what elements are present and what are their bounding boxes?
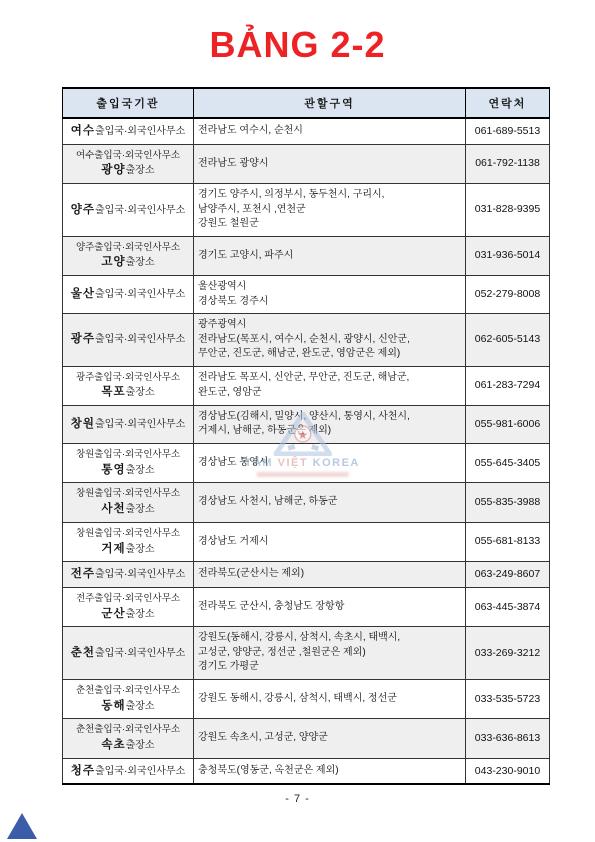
table-row: 양주출입국·외국인사무소고양출장소경기도 고양시, 파주시031-936-501…	[63, 236, 550, 275]
jurisdiction-cell: 충청북도(영동군, 옥천군은 제외)	[194, 758, 466, 784]
phone-cell: 055-835-3988	[466, 483, 550, 522]
phone-cell: 052-279-8008	[466, 276, 550, 314]
header-jurisdiction-column: 관할구역	[194, 88, 466, 118]
office-name-line1: 청주출입국·외국인사무소	[67, 763, 189, 780]
office-name-line1: 양주출입국·외국인사무소	[67, 202, 189, 219]
phone-cell: 033-535-5723	[466, 679, 550, 718]
office-name-cell: 창원출입국·외국인사무소사천출장소	[63, 483, 194, 522]
jurisdiction-cell: 강원도(동해시, 강릉시, 삼척시, 속초시, 태백시,고성군, 양양군, 정선…	[194, 627, 466, 680]
page-number: - 7 -	[0, 793, 595, 805]
jurisdiction-cell: 전라남도 목포시, 신안군, 무안군, 진도군, 해남군,완도군, 영암군	[194, 366, 466, 405]
office-name-line1: 광주출입국·외국인사무소	[67, 371, 189, 385]
phone-cell: 055-981-6006	[466, 405, 550, 443]
office-name-line2: 사천출장소	[67, 501, 189, 518]
phone-cell: 055-681-8133	[466, 522, 550, 561]
table-row: 창원출입국·외국인사무소거제출장소경상남도 거제시055-681-8133	[63, 522, 550, 561]
table-row: 창원출입국·외국인사무소경상남도(김해시, 밀양시, 양산시, 통영시, 사천시…	[63, 405, 550, 443]
office-name-line2: 목포출장소	[67, 384, 189, 401]
table-row: 청주출입국·외국인사무소충청북도(영동군, 옥천군은 제외)043-230-90…	[63, 758, 550, 784]
office-name-cell: 춘천출입국·외국인사무소	[63, 627, 194, 680]
jurisdiction-cell: 광주광역시전라남도(목포시, 여수시, 순천시, 광양시, 신안군,무안군, 진…	[194, 314, 466, 367]
corner-triangle-decoration	[7, 813, 37, 839]
phone-cell: 063-445-3874	[466, 587, 550, 626]
table-row: 창원출입국·외국인사무소사천출장소경상남도 사천시, 남해군, 하동군055-8…	[63, 483, 550, 522]
phone-cell: 033-636-8613	[466, 719, 550, 758]
office-name-cell: 전주출입국·외국인사무소	[63, 562, 194, 588]
phone-cell: 031-828-9395	[466, 184, 550, 237]
table-row: 광주출입국·외국인사무소광주광역시전라남도(목포시, 여수시, 순천시, 광양시…	[63, 314, 550, 367]
phone-cell: 063-249-8607	[466, 562, 550, 588]
office-name-cell: 창원출입국·외국인사무소거제출장소	[63, 522, 194, 561]
office-name-line1: 창원출입국·외국인사무소	[67, 416, 189, 433]
phone-cell: 061-689-5513	[466, 118, 550, 144]
office-name-line1: 여수출입국·외국인사무소	[67, 123, 189, 140]
office-name-cell: 춘천출입국·외국인사무소속초출장소	[63, 719, 194, 758]
table-row: 여수출입국·외국인사무소광양출장소전라남도 광양시061-792-1138	[63, 144, 550, 183]
jurisdiction-cell: 강원도 속초시, 고성군, 양양군	[194, 719, 466, 758]
office-name-line2: 통영출장소	[67, 462, 189, 479]
phone-cell: 033-269-3212	[466, 627, 550, 680]
office-name-line1: 창원출입국·외국인사무소	[67, 487, 189, 501]
office-name-cell: 창원출입국·외국인사무소통영출장소	[63, 443, 194, 482]
header-office-column: 출입국기관	[63, 88, 194, 118]
phone-cell: 055-645-3405	[466, 443, 550, 482]
jurisdiction-cell: 경기도 고양시, 파주시	[194, 236, 466, 275]
office-name-cell: 울산출입국·외국인사무소	[63, 276, 194, 314]
office-name-line1: 양주출입국·외국인사무소	[67, 241, 189, 255]
office-name-cell: 광주출입국·외국인사무소목포출장소	[63, 366, 194, 405]
office-name-line2: 동해출장소	[67, 698, 189, 715]
office-name-line2: 속초출장소	[67, 737, 189, 754]
jurisdiction-cell: 전라북도(군산시는 제외)	[194, 562, 466, 588]
table-row: 광주출입국·외국인사무소목포출장소전라남도 목포시, 신안군, 무안군, 진도군…	[63, 366, 550, 405]
jurisdiction-cell: 울산광역시경상북도 경주시	[194, 276, 466, 314]
office-name-line1: 춘천출입국·외국인사무소	[67, 645, 189, 662]
office-name-line1: 춘천출입국·외국인사무소	[67, 723, 189, 737]
office-name-line2: 고양출장소	[67, 254, 189, 271]
table-row: 양주출입국·외국인사무소경기도 양주시, 의정부시, 동두천시, 구리시,남양주…	[63, 184, 550, 237]
table-row: 울산출입국·외국인사무소울산광역시경상북도 경주시052-279-8008	[63, 276, 550, 314]
immigration-office-table: 출입국기관 관할구역 연락처 여수출입국·외국인사무소전라남도 여수시, 순천시…	[62, 87, 550, 785]
office-name-cell: 춘천출입국·외국인사무소동해출장소	[63, 679, 194, 718]
office-name-cell: 전주출입국·외국인사무소군산출장소	[63, 587, 194, 626]
jurisdiction-cell: 전라남도 여수시, 순천시	[194, 118, 466, 144]
office-name-line1: 울산출입국·외국인사무소	[67, 286, 189, 303]
office-name-cell: 양주출입국·외국인사무소고양출장소	[63, 236, 194, 275]
phone-cell: 061-792-1138	[466, 144, 550, 183]
office-name-line2: 군산출장소	[67, 606, 189, 623]
jurisdiction-cell: 강원도 동해시, 강릉시, 삼척시, 태백시, 정선군	[194, 679, 466, 718]
office-name-line1: 전주출입국·외국인사무소	[67, 592, 189, 606]
table-header-row: 출입국기관 관할구역 연락처	[63, 88, 550, 118]
office-table-body: 여수출입국·외국인사무소전라남도 여수시, 순천시061-689-5513여수출…	[63, 118, 550, 784]
table-row: 춘천출입국·외국인사무소강원도(동해시, 강릉시, 삼척시, 속초시, 태백시,…	[63, 627, 550, 680]
phone-cell: 043-230-9010	[466, 758, 550, 784]
office-name-line2: 광양출장소	[67, 162, 189, 179]
table-row: 창원출입국·외국인사무소통영출장소경상남도 통영시055-645-3405	[63, 443, 550, 482]
office-name-line1: 여수출입국·외국인사무소	[67, 149, 189, 163]
office-name-cell: 창원출입국·외국인사무소	[63, 405, 194, 443]
office-name-line1: 창원출입국·외국인사무소	[67, 448, 189, 462]
jurisdiction-cell: 경기도 양주시, 의정부시, 동두천시, 구리시,남양주시, 포천시 ,연천군강…	[194, 184, 466, 237]
office-name-cell: 청주출입국·외국인사무소	[63, 758, 194, 784]
phone-cell: 062-605-5143	[466, 314, 550, 367]
table-row: 전주출입국·외국인사무소군산출장소전라북도 군산시, 충청남도 장항항063-4…	[63, 587, 550, 626]
office-name-line1: 창원출입국·외국인사무소	[67, 527, 189, 541]
table-row: 춘천출입국·외국인사무소동해출장소강원도 동해시, 강릉시, 삼척시, 태백시,…	[63, 679, 550, 718]
office-name-cell: 양주출입국·외국인사무소	[63, 184, 194, 237]
office-name-line1: 광주출입국·외국인사무소	[67, 331, 189, 348]
jurisdiction-cell: 경상남도 통영시	[194, 443, 466, 482]
page-title: BẢNG 2-2	[0, 24, 595, 66]
header-contact-column: 연락처	[466, 88, 550, 118]
office-name-cell: 여수출입국·외국인사무소	[63, 118, 194, 144]
office-name-line1: 춘천출입국·외국인사무소	[67, 684, 189, 698]
office-name-line1: 전주출입국·외국인사무소	[67, 566, 189, 583]
phone-cell: 031-936-5014	[466, 236, 550, 275]
jurisdiction-cell: 경상남도(김해시, 밀양시, 양산시, 통영시, 사천시,거제시, 남해군, 하…	[194, 405, 466, 443]
jurisdiction-cell: 전라북도 군산시, 충청남도 장항항	[194, 587, 466, 626]
table-row: 여수출입국·외국인사무소전라남도 여수시, 순천시061-689-5513	[63, 118, 550, 144]
jurisdiction-cell: 전라남도 광양시	[194, 144, 466, 183]
office-name-line2: 거제출장소	[67, 541, 189, 558]
office-name-cell: 여수출입국·외국인사무소광양출장소	[63, 144, 194, 183]
table-row: 전주출입국·외국인사무소전라북도(군산시는 제외)063-249-8607	[63, 562, 550, 588]
phone-cell: 061-283-7294	[466, 366, 550, 405]
table-row: 춘천출입국·외국인사무소속초출장소강원도 속초시, 고성군, 양양군033-63…	[63, 719, 550, 758]
office-name-cell: 광주출입국·외국인사무소	[63, 314, 194, 367]
jurisdiction-cell: 경상남도 거제시	[194, 522, 466, 561]
jurisdiction-cell: 경상남도 사천시, 남해군, 하동군	[194, 483, 466, 522]
